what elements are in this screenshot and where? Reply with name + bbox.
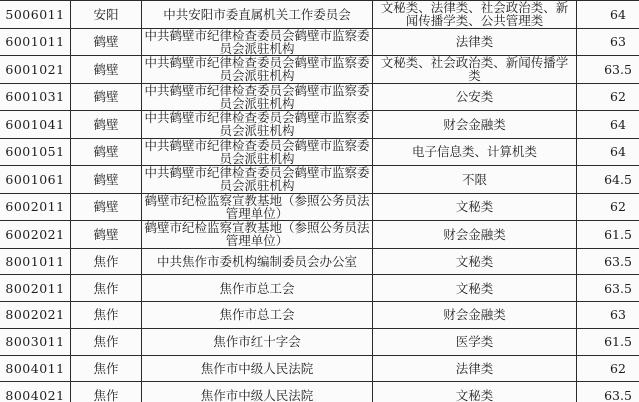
cell-category: 法律类: [373, 28, 577, 56]
cell-code: 6001021: [0, 56, 71, 84]
cell-organization: 中共安阳市委直属机关工作委员会: [142, 1, 373, 29]
cell-organization: 焦作市总工会: [142, 275, 373, 302]
cell-score: 64: [577, 138, 639, 166]
cell-score: 63.5: [577, 56, 639, 84]
cell-score: 62: [577, 355, 639, 382]
cell-code: 6001041: [0, 111, 71, 139]
cell-category: 公安类: [373, 83, 577, 111]
cell-category: 不限: [373, 166, 577, 194]
cell-category: 电子信息类、计算机类: [373, 138, 577, 166]
cell-code: 6001031: [0, 83, 71, 111]
table-row: 8003011 焦作 焦作市红十字会 医学类 61.5: [0, 328, 639, 355]
cell-code: 6001011: [0, 28, 71, 56]
table-row: 8001011 焦作 中共焦作市委机构编制委员会办公室 文秘类 63.5: [0, 248, 639, 275]
cell-organization: 中共鹤壁市纪律检查委员会鹤壁市监察委员会派驻机构: [142, 138, 373, 166]
cell-organization: 中共焦作市委机构编制委员会办公室: [142, 248, 373, 275]
cell-organization: 焦作市总工会: [142, 302, 373, 329]
table-row: 6001051 鹤壁 中共鹤壁市纪律检查委员会鹤壁市监察委员会派驻机构 电子信息…: [0, 138, 639, 166]
cell-organization: 中共鹤壁市纪律检查委员会鹤壁市监察委员会派驻机构: [142, 83, 373, 111]
cell-score: 64.5: [577, 166, 639, 194]
table-row: 6001011 鹤壁 中共鹤壁市纪律检查委员会鹤壁市监察委员会派驻机构 法律类 …: [0, 28, 639, 56]
cell-category: 文秘类: [373, 193, 577, 221]
table-row: 8002021 焦作 焦作市总工会 财会金融类 63: [0, 302, 639, 329]
cell-score: 62: [577, 83, 639, 111]
table-row: 6002011 鹤壁 鹤壁市纪检监察宣教基地（参照公务员法管理单位） 文秘类 6…: [0, 193, 639, 221]
cell-category: 法律类: [373, 355, 577, 382]
cell-score: 64: [577, 1, 639, 29]
table-row: 6001031 鹤壁 中共鹤壁市纪律检查委员会鹤壁市监察委员会派驻机构 公安类 …: [0, 83, 639, 111]
table-row: 8004021 焦作 焦作市中级人民法院 文秘类 63.5: [0, 382, 639, 402]
cell-city: 鹤壁: [71, 193, 142, 221]
cell-city: 焦作: [71, 382, 142, 402]
table-body: 5006011 安阳 中共安阳市委直属机关工作委员会 文秘类、法律类、社会政治类…: [0, 1, 639, 402]
table-row: 8004011 焦作 焦作市中级人民法院 法律类 62: [0, 355, 639, 382]
cell-city: 鹤壁: [71, 138, 142, 166]
cell-code: 8002021: [0, 302, 71, 329]
table-row: 6001061 鹤壁 中共鹤壁市纪律检查委员会鹤壁市监察委员会派驻机构 不限 6…: [0, 166, 639, 194]
cell-score: 64: [577, 111, 639, 139]
cell-category: 文秘类、社会政治类、新闻传播学类: [373, 56, 577, 84]
table-row: 5006011 安阳 中共安阳市委直属机关工作委员会 文秘类、法律类、社会政治类…: [0, 1, 639, 29]
cell-category: 医学类: [373, 328, 577, 355]
cell-score: 62: [577, 193, 639, 221]
cell-city: 鹤壁: [71, 56, 142, 84]
cell-code: 8001011: [0, 248, 71, 275]
cell-city: 焦作: [71, 248, 142, 275]
cell-score: 63: [577, 28, 639, 56]
cell-score: 61.5: [577, 328, 639, 355]
cell-city: 鹤壁: [71, 83, 142, 111]
cell-city: 鹤壁: [71, 221, 142, 249]
cell-category: 文秘类、法律类、社会政治类、新闻传播学类、公共管理类: [373, 1, 577, 29]
cell-organization: 焦作市中级人民法院: [142, 355, 373, 382]
cell-city: 焦作: [71, 275, 142, 302]
cell-organization: 中共鹤壁市纪律检查委员会鹤壁市监察委员会派驻机构: [142, 56, 373, 84]
cell-category: 财会金融类: [373, 221, 577, 249]
cell-city: 焦作: [71, 328, 142, 355]
cell-organization: 中共鹤壁市纪律检查委员会鹤壁市监察委员会派驻机构: [142, 28, 373, 56]
table-row: 6001041 鹤壁 中共鹤壁市纪律检查委员会鹤壁市监察委员会派驻机构 财会金融…: [0, 111, 639, 139]
cell-category: 财会金融类: [373, 111, 577, 139]
cell-organization: 鹤壁市纪检监察宣教基地（参照公务员法管理单位）: [142, 221, 373, 249]
cell-city: 焦作: [71, 355, 142, 382]
cell-organization: 鹤壁市纪检监察宣教基地（参照公务员法管理单位）: [142, 193, 373, 221]
page: 5006011 安阳 中共安阳市委直属机关工作委员会 文秘类、法律类、社会政治类…: [0, 0, 639, 402]
exam-score-table: 5006011 安阳 中共安阳市委直属机关工作委员会 文秘类、法律类、社会政治类…: [0, 0, 639, 402]
cell-score: 63.5: [577, 275, 639, 302]
cell-category: 财会金融类: [373, 302, 577, 329]
cell-city: 焦作: [71, 302, 142, 329]
cell-code: 6002011: [0, 193, 71, 221]
cell-score: 63.5: [577, 248, 639, 275]
cell-city: 鹤壁: [71, 166, 142, 194]
cell-score: 63: [577, 302, 639, 329]
cell-city: 鹤壁: [71, 111, 142, 139]
cell-score: 61.5: [577, 221, 639, 249]
cell-code: 6001051: [0, 138, 71, 166]
cell-city: 安阳: [71, 1, 142, 29]
cell-code: 8003011: [0, 328, 71, 355]
cell-code: 5006011: [0, 1, 71, 29]
table-row: 6001021 鹤壁 中共鹤壁市纪律检查委员会鹤壁市监察委员会派驻机构 文秘类、…: [0, 56, 639, 84]
cell-code: 8004021: [0, 382, 71, 402]
table-row: 8002011 焦作 焦作市总工会 文秘类 63.5: [0, 275, 639, 302]
cell-category: 文秘类: [373, 275, 577, 302]
cell-code: 8002011: [0, 275, 71, 302]
cell-organization: 中共鹤壁市纪律检查委员会鹤壁市监察委员会派驻机构: [142, 166, 373, 194]
cell-code: 6002021: [0, 221, 71, 249]
cell-organization: 中共鹤壁市纪律检查委员会鹤壁市监察委员会派驻机构: [142, 111, 373, 139]
cell-score: 63.5: [577, 382, 639, 402]
cell-code: 8004011: [0, 355, 71, 382]
cell-category: 文秘类: [373, 248, 577, 275]
cell-code: 6001061: [0, 166, 71, 194]
cell-organization: 焦作市中级人民法院: [142, 382, 373, 402]
cell-category: 文秘类: [373, 382, 577, 402]
table-row: 6002021 鹤壁 鹤壁市纪检监察宣教基地（参照公务员法管理单位） 财会金融类…: [0, 221, 639, 249]
cell-city: 鹤壁: [71, 28, 142, 56]
cell-organization: 焦作市红十字会: [142, 328, 373, 355]
